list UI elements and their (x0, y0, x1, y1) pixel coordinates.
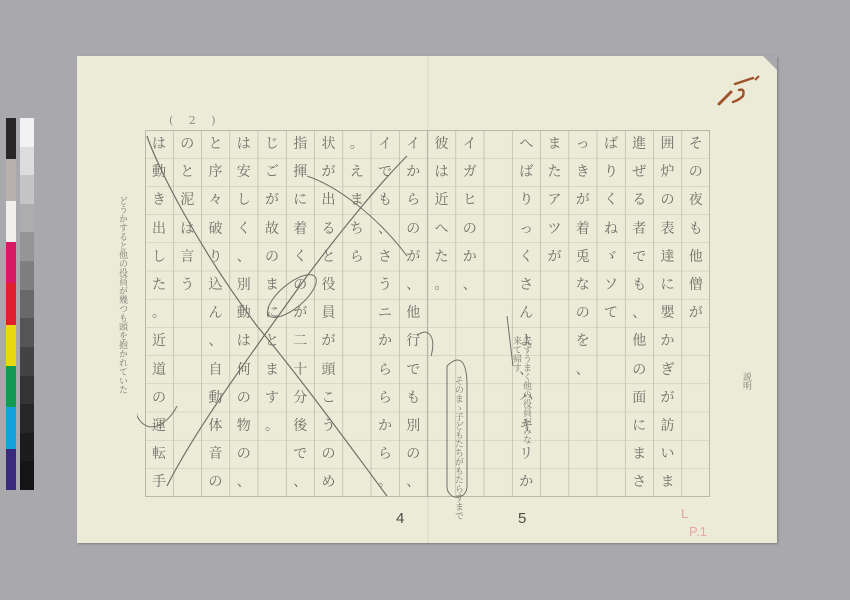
manuscript-paper: ( 2 ) その夜も他僧が囲炉の表達に嬰かぎが訪いま進ぜる者でも、他の面にまさば… (77, 56, 777, 543)
grid-cell (484, 215, 512, 243)
grid-cell: な (569, 271, 597, 299)
grid-cell (597, 468, 625, 496)
grid-cell: ア (541, 186, 569, 214)
color-swatch (6, 118, 16, 159)
grid-cell: く (597, 186, 625, 214)
grid-cell: ば (597, 130, 625, 158)
manuscript-column: 囲炉の表達に嬰かぎが訪いま (654, 130, 682, 497)
grid-cell: く (512, 243, 540, 271)
gray-step (20, 290, 34, 319)
gray-step (20, 318, 34, 347)
color-swatch (6, 449, 16, 490)
grid-cell: で (625, 243, 653, 271)
color-swatch (6, 366, 16, 407)
grid-cell: が (569, 186, 597, 214)
manuscript-column: ばりくねゞソて (597, 130, 625, 497)
gray-step (20, 461, 34, 490)
grid-cell: き (569, 158, 597, 186)
corner-rust-mark (709, 70, 769, 110)
grid-cell: か (654, 327, 682, 355)
strike-through-marks (137, 126, 437, 506)
grid-cell: ま (625, 440, 653, 468)
grid-cell: 僧 (682, 271, 710, 299)
grid-cell: 炉 (654, 158, 682, 186)
grid-cell: 、 (456, 271, 484, 299)
grid-cell (484, 271, 512, 299)
grid-cell: が (654, 384, 682, 412)
grid-cell: 囲 (654, 130, 682, 158)
archive-stamp-mark: L (681, 506, 688, 521)
grid-cell: 、 (625, 299, 653, 327)
gray-step (20, 118, 34, 147)
grid-cell: り (512, 186, 540, 214)
grid-cell: り (597, 158, 625, 186)
gray-step (20, 404, 34, 433)
grid-cell: の (682, 158, 710, 186)
grid-cell: 夜 (682, 186, 710, 214)
grid-cell: ぎ (654, 356, 682, 384)
grid-cell: ソ (597, 271, 625, 299)
grid-cell (597, 440, 625, 468)
grid-cell: ゞ (597, 243, 625, 271)
grid-cell (682, 440, 710, 468)
grid-cell: 兎 (569, 243, 597, 271)
margin-note-center-right: 先ずうまく他の役員がみな来て帰す (511, 336, 531, 446)
grid-cell: ツ (541, 215, 569, 243)
manuscript-column: その夜も他僧が (682, 130, 710, 497)
grid-cell (597, 356, 625, 384)
grid-cell: 、 (569, 356, 597, 384)
grid-cell: 着 (569, 215, 597, 243)
grid-cell: 訪 (654, 412, 682, 440)
grid-cell: い (654, 440, 682, 468)
grid-cell (569, 440, 597, 468)
margin-note-right-side: 説明 (741, 372, 751, 402)
grid-cell: か (456, 243, 484, 271)
grid-cell: っ (512, 215, 540, 243)
grid-cell: に (654, 271, 682, 299)
grid-cell (484, 186, 512, 214)
manuscript-column: 進ぜる者でも、他の面にまさ (625, 130, 653, 497)
grid-cell: の (654, 186, 682, 214)
color-swatch (6, 325, 16, 366)
color-swatch (6, 159, 16, 200)
grid-cell: の (569, 299, 597, 327)
grid-cell (569, 384, 597, 412)
grid-cell (541, 440, 569, 468)
grid-cell (484, 130, 512, 158)
gray-step (20, 147, 34, 176)
grid-cell: の (456, 215, 484, 243)
grid-cell (682, 384, 710, 412)
grid-cell (541, 271, 569, 299)
grid-cell (597, 384, 625, 412)
grid-cell: が (541, 243, 569, 271)
grid-cell (682, 468, 710, 496)
color-swatch (6, 201, 16, 242)
grid-cell: へ (512, 130, 540, 158)
grid-cell: も (682, 215, 710, 243)
archive-page-stamp: P.1 (689, 524, 707, 539)
color-swatch (6, 283, 16, 324)
grid-cell: に (625, 412, 653, 440)
grid-cell (484, 158, 512, 186)
grid-cell: イ (456, 130, 484, 158)
grid-cell: ま (541, 130, 569, 158)
grid-cell: 嬰 (654, 299, 682, 327)
gray-step (20, 232, 34, 261)
grid-cell: た (541, 158, 569, 186)
margin-note-left: どうかすると他の役員が幾つも頭を抱かれていた (117, 196, 127, 436)
gray-step (20, 261, 34, 290)
margin-note-center-box: そのまゝ子どもたちがもたらすまで (453, 376, 463, 526)
grid-cell: ヒ (456, 186, 484, 214)
grid-cell (484, 243, 512, 271)
grid-cell: ぜ (625, 158, 653, 186)
grid-cell: 他 (682, 243, 710, 271)
grid-cell: て (597, 299, 625, 327)
grid-cell: 者 (625, 215, 653, 243)
grid-cell: が (682, 299, 710, 327)
grid-cell: 他 (625, 327, 653, 355)
grid-cell (541, 356, 569, 384)
page-number-left: 4 (396, 510, 404, 527)
gray-step (20, 204, 34, 233)
grid-cell (541, 468, 569, 496)
gray-step (20, 376, 34, 405)
grid-cell (541, 412, 569, 440)
grid-cell: を (569, 327, 597, 355)
grid-cell: 面 (625, 384, 653, 412)
grid-cell (597, 327, 625, 355)
grid-cell: の (625, 356, 653, 384)
grid-cell (541, 384, 569, 412)
gray-step (20, 347, 34, 376)
grid-cell (682, 412, 710, 440)
grid-cell (541, 299, 569, 327)
grid-cell (682, 356, 710, 384)
grid-cell: さ (512, 271, 540, 299)
grid-cell (597, 412, 625, 440)
page-number-right: 5 (518, 510, 526, 527)
manuscript-column: っきが着兎なのを、 (569, 130, 597, 497)
grid-cell: 表 (654, 215, 682, 243)
manuscript-column: またアツが (541, 130, 569, 497)
grid-cell (569, 412, 597, 440)
grid-cell: 進 (625, 130, 653, 158)
gray-step (20, 175, 34, 204)
grid-cell: そ (682, 130, 710, 158)
color-swatch (6, 407, 16, 448)
grid-cell: ま (654, 468, 682, 496)
gray-step (20, 433, 34, 462)
grid-cell: る (625, 186, 653, 214)
grid-cell: ね (597, 215, 625, 243)
grid-cell: ば (512, 158, 540, 186)
grid-cell: ガ (456, 158, 484, 186)
grid-cell: も (625, 271, 653, 299)
grid-cell: さ (625, 468, 653, 496)
grid-cell: 達 (654, 243, 682, 271)
color-calibration-bar (6, 118, 30, 490)
grid-cell (569, 468, 597, 496)
grid-cell (541, 327, 569, 355)
grid-cell (682, 327, 710, 355)
grid-cell: っ (569, 130, 597, 158)
color-swatch (6, 242, 16, 283)
